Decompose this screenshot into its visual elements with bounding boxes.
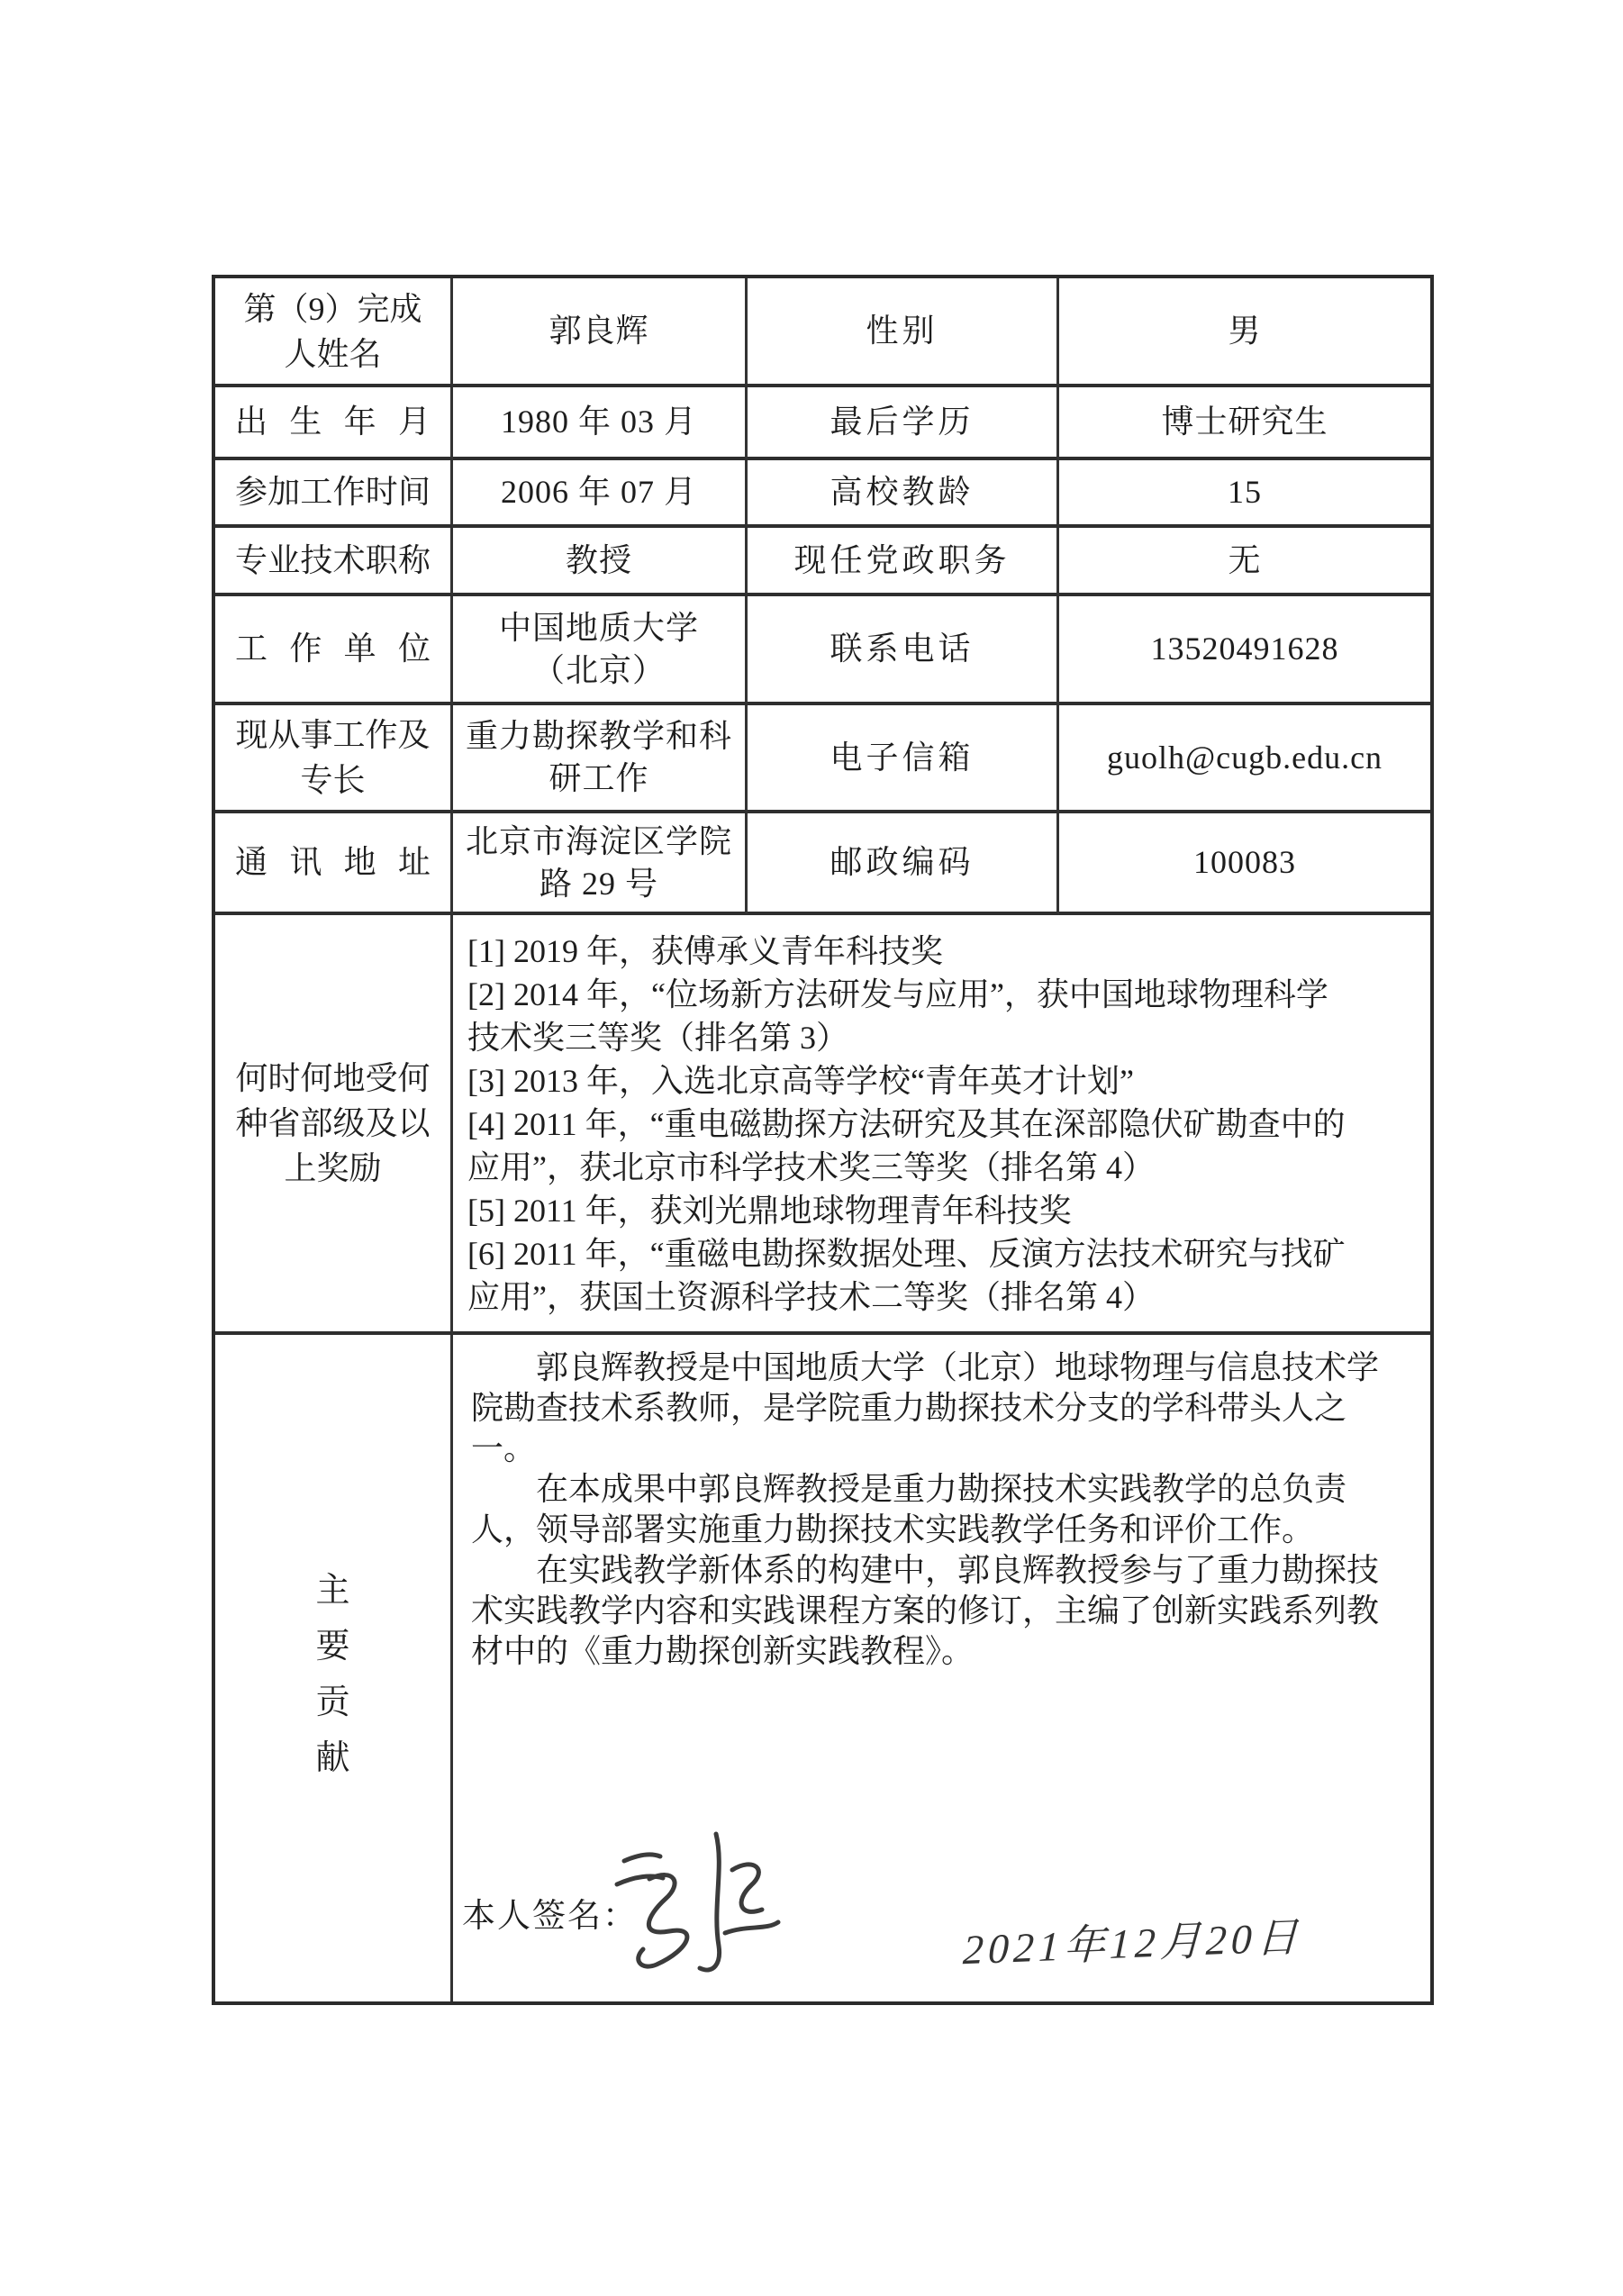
professional-title-label: 专业技术职称 (215, 528, 453, 596)
birth-date-label: 出生年月 (215, 387, 453, 460)
email-label: 电子信箱 (748, 705, 1059, 813)
work-start-value: 2006 年 07 月 (453, 460, 748, 528)
address-label: 通讯地址 (215, 813, 453, 915)
handwritten-signature-icon (597, 1827, 786, 1980)
main-contribution-label-text: 主要贡献 (313, 1563, 353, 1786)
last-education-value: 博士研究生 (1059, 387, 1430, 460)
award-item: [1] 2019 年，获傅承义青年科技奖 (467, 930, 1418, 973)
professional-title-label-text: 专业技术职称 (215, 540, 450, 582)
work-unit-label: 工作单位 (215, 596, 453, 705)
postal-code-label: 邮政编码 (748, 813, 1059, 915)
work-unit-value: 中国地质大学 （北京） (453, 596, 748, 705)
completer-info-table: 第（9）完成 人姓名 郭良辉 性别 男 出生年月 1980 年 03 月 最后学… (212, 275, 1434, 2005)
scanned-form-page: 第（9）完成 人姓名 郭良辉 性别 男 出生年月 1980 年 03 月 最后学… (0, 0, 1623, 2296)
signature-row: 本人签名： 2021年12月20日 (453, 1821, 1430, 2001)
work-start-label: 参加工作时间 (215, 460, 453, 528)
birth-date-value: 1980 年 03 月 (453, 387, 748, 460)
awards-list: [1] 2019 年，获傅承义青年科技奖 [2] 2014 年，“位场新方法研发… (453, 915, 1430, 1335)
completer-name-label-text: 第（9）完成 人姓名 (215, 286, 450, 377)
address-value: 北京市海淀区学院 路 29 号 (453, 813, 748, 915)
handwritten-date: 2021年12月20日 (962, 1916, 1302, 1972)
awards-label: 何时何地受何 种省部级及以 上奖励 (215, 915, 453, 1335)
teaching-years-label: 高校教龄 (748, 460, 1059, 528)
address-label-text: 通讯地址 (215, 841, 450, 884)
phone-label: 联系电话 (748, 596, 1059, 705)
award-item: [6] 2011 年，“重磁电勘探数据处理、反演方法技术研究与找矿 应用”，获国… (467, 1232, 1418, 1319)
work-unit-label-text: 工作单位 (215, 628, 450, 670)
current-work-label: 现从事工作及 专长 (215, 705, 453, 813)
party-position-value: 无 (1059, 528, 1430, 596)
award-item: [5] 2011 年，获刘光鼎地球物理青年科技奖 (467, 1189, 1418, 1232)
main-contribution-label: 主要贡献 (215, 1335, 453, 2001)
completer-name-value: 郭良辉 (453, 278, 748, 387)
contribution-paragraph: 在实践教学新体系的构建中，郭良辉教授参与了重力勘探技 术实践教学内容和实践课程方… (471, 1550, 1416, 1672)
email-value: guolh@cugb.edu.cn (1059, 705, 1430, 813)
gender-value: 男 (1059, 278, 1430, 387)
award-item: [4] 2011 年，“重电磁勘探方法研究及其在深部隐伏矿勘查中的 应用”，获北… (467, 1103, 1418, 1189)
completer-name-label: 第（9）完成 人姓名 (215, 278, 453, 387)
main-contribution-content: 郭良辉教授是中国地质大学（北京）地球物理与信息技术学 院勘查技术系教师，是学院重… (453, 1335, 1430, 2001)
contribution-paragraph: 在本成果中郭良辉教授是重力勘探技术实践教学的总负责 人，领导部署实施重力勘探技术… (471, 1469, 1416, 1550)
professional-title-value: 教授 (453, 528, 748, 596)
awards-label-text: 何时何地受何 种省部级及以 上奖励 (215, 1056, 450, 1191)
party-position-label: 现任党政职务 (748, 528, 1059, 596)
last-education-label: 最后学历 (748, 387, 1059, 460)
phone-value: 13520491628 (1059, 596, 1430, 705)
contribution-paragraph: 郭良辉教授是中国地质大学（北京）地球物理与信息技术学 院勘查技术系教师，是学院重… (471, 1348, 1416, 1469)
teaching-years-value: 15 (1059, 460, 1430, 528)
current-work-value: 重力勘探教学和科 研工作 (453, 705, 748, 813)
award-item: [3] 2013 年，入选北京高等学校“青年英才计划” (467, 1059, 1418, 1103)
birth-date-label-text: 出生年月 (215, 401, 450, 443)
award-item: [2] 2014 年，“位场新方法研发与应用”，获中国地球物理科学 技术奖三等奖… (467, 973, 1418, 1059)
current-work-label-text: 现从事工作及 专长 (215, 712, 450, 803)
gender-label: 性别 (748, 278, 1059, 387)
postal-code-value: 100083 (1059, 813, 1430, 915)
work-start-label-text: 参加工作时间 (215, 471, 450, 513)
